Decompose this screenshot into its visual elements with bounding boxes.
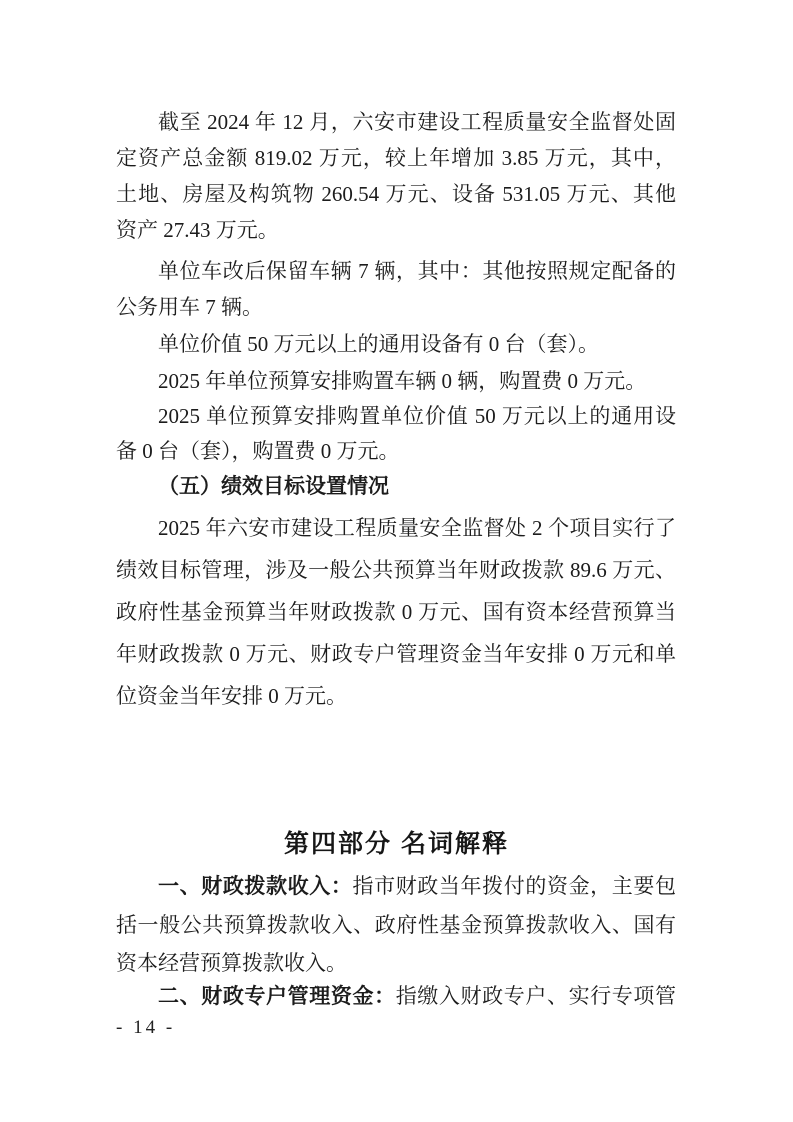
text-line: 年财政拨款 0 万元、财政专户管理资金当年安排 0 万元和单 <box>116 633 676 675</box>
text-line: 资产 27.43 万元。 <box>116 212 676 248</box>
term-label: 二、财政专户管理资金： <box>158 985 396 1008</box>
paragraph-equipment-purchase: 2025 单位预算安排购置单位价值 50 万元以上的通用设 备 0 台（套），购… <box>116 399 676 469</box>
section-heading-performance: （五）绩效目标设置情况 <box>116 469 676 504</box>
text-line: 公务用车 7 辆。 <box>116 289 676 325</box>
term-special-account: 二、财政专户管理资金：指缴入财政专户、实行专项管 <box>116 977 676 1016</box>
term-definition-text: 指缴入财政专户、实行专项管 <box>396 984 676 1008</box>
part4-heading: 第四部分 名词解释 <box>0 824 793 864</box>
text-line: 二、财政专户管理资金：指缴入财政专户、实行专项管 <box>116 977 676 1016</box>
text-line: 括一般公共预算拨款收入、政府性基金预算拨款收入、国有 <box>116 906 676 944</box>
section-heading-text: （五）绩效目标设置情况 <box>116 469 676 504</box>
term-label: 一、财政拨款收入： <box>158 875 352 898</box>
text-line: 政府性基金预算当年财政拨款 0 万元、国有资本经营预算当 <box>116 591 676 633</box>
text-line: 位资金当年安排 0 万元。 <box>116 675 676 717</box>
text-line: 备 0 台（套），购置费 0 万元。 <box>116 434 676 469</box>
text-line: 2025 单位预算安排购置单位价值 50 万元以上的通用设 <box>116 399 676 434</box>
text-line: 单位价值 50 万元以上的通用设备有 0 台（套）。 <box>116 326 676 362</box>
paragraph-fixed-assets: 截至 2024 年 12 月，六安市建设工程质量安全监督处固 定资产总金额 81… <box>116 104 676 248</box>
text-line: 截至 2024 年 12 月，六安市建设工程质量安全监督处固 <box>116 104 676 140</box>
text-line: 一、财政拨款收入：指市财政当年拨付的资金，主要包 <box>116 867 676 906</box>
document-page: 截至 2024 年 12 月，六安市建设工程质量安全监督处固 定资产总金额 81… <box>0 0 793 1122</box>
text-line: 定资产总金额 819.02 万元，较上年增加 3.85 万元，其中， <box>116 140 676 176</box>
term-definition-text: 指市财政当年拨付的资金，主要包 <box>352 874 676 898</box>
text-line: 2025 年六安市建设工程质量安全监督处 2 个项目实行了 <box>116 507 676 549</box>
text-line: 土地、房屋及构筑物 260.54 万元、设备 531.05 万元、其他 <box>116 176 676 212</box>
paragraph-vehicles: 单位车改后保留车辆 7 辆，其中：其他按照规定配备的 公务用车 7 辆。 <box>116 253 676 325</box>
term-fiscal-appropriation: 一、财政拨款收入：指市财政当年拨付的资金，主要包 括一般公共预算拨款收入、政府性… <box>116 867 676 982</box>
text-line: 2025 年单位预算安排购置车辆 0 辆，购置费 0 万元。 <box>116 363 676 399</box>
text-line: 单位车改后保留车辆 7 辆，其中：其他按照规定配备的 <box>116 253 676 289</box>
paragraph-vehicle-purchase: 2025 年单位预算安排购置车辆 0 辆，购置费 0 万元。 <box>116 363 676 399</box>
paragraph-equipment-over50: 单位价值 50 万元以上的通用设备有 0 台（套）。 <box>116 326 676 362</box>
paragraph-performance: 2025 年六安市建设工程质量安全监督处 2 个项目实行了 绩效目标管理，涉及一… <box>116 507 676 717</box>
page-number: - 14 - <box>116 1014 175 1042</box>
text-line: 绩效目标管理，涉及一般公共预算当年财政拨款 89.6 万元、 <box>116 549 676 591</box>
